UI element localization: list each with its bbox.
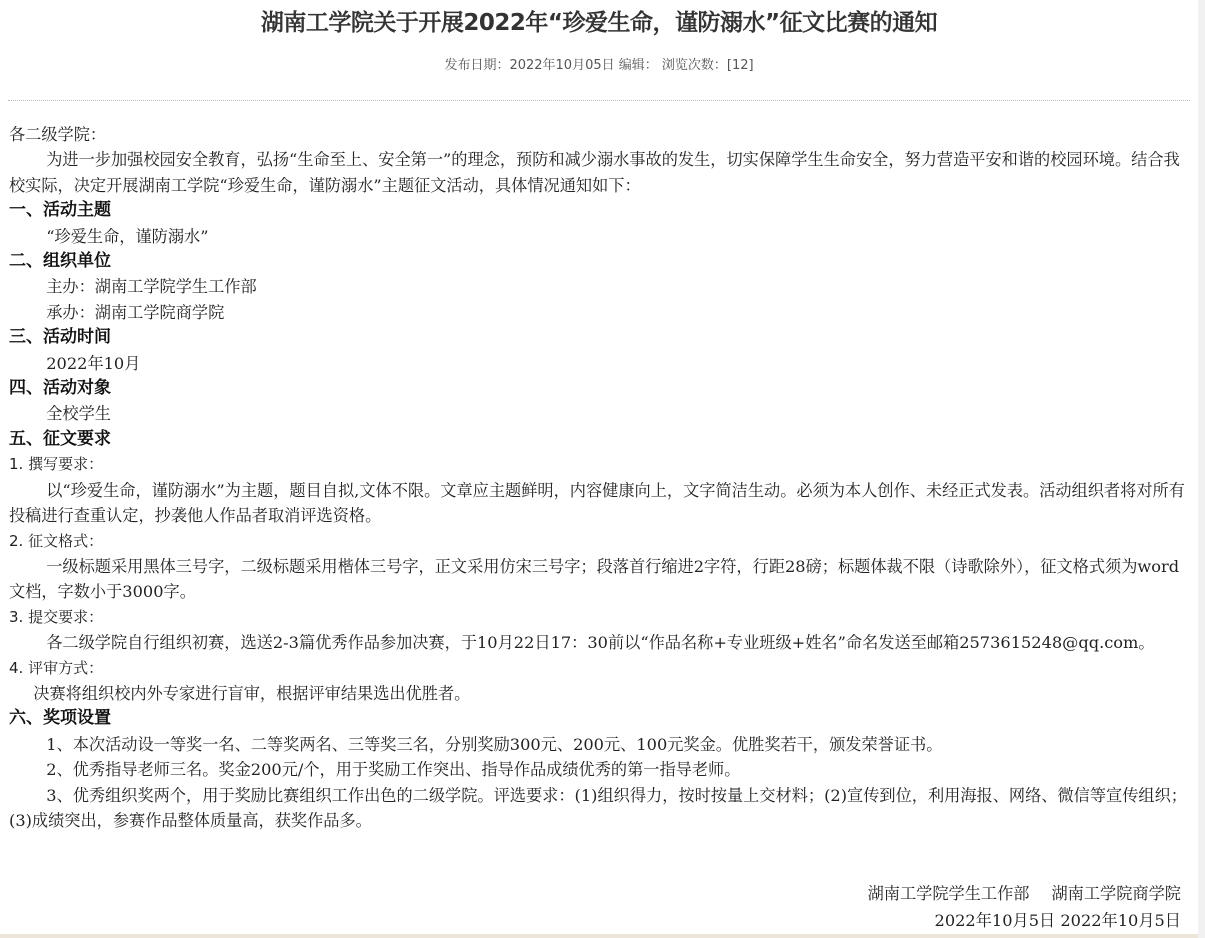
intro-paragraph: 为进一步加强校园安全教育，弘扬“生命至上、安全第一”的理念，预防和减少溺水事故的… [9,147,1189,198]
scrollbar-track[interactable] [1198,0,1205,938]
req-writing-text: 以“珍爱生命，谨防溺水”为主题，题目自拟,文体不限。文章应主题鲜明，内容健康向上… [9,478,1189,529]
article-meta: 发布日期：2022年10月05日 编辑： 浏览次数：[12] [0,54,1198,73]
salutation: 各二级学院： [9,122,1189,147]
award-item-3: 3、优秀组织奖两个，用于奖励比赛组织工作出色的二级学院。评选要求：(1)组织得力… [9,783,1189,834]
time-text: 2022年10月 [9,351,1189,376]
co-host-text: 承办：湖南工学院商学院 [9,300,1189,325]
signature-block: 湖南工学院学生工作部湖南工学院商学院 2022年10月5日 2022年10月5日 [868,880,1181,934]
bottom-edge [0,934,1198,938]
req-submit-label: 3. 提交要求： [9,605,1189,630]
section-heading-theme: 一、活动主题 [9,198,1189,223]
divider [8,100,1190,101]
award-item-2: 2、优秀指导老师三名。奖金200元/个，用于奖励工作突出、指导作品成绩优秀的第一… [9,757,1189,782]
req-format-label: 2. 征文格式： [9,529,1189,554]
req-writing-label: 1. 撰写要求： [9,452,1189,477]
signature-date-2: 2022年10月5日 [1060,911,1181,930]
req-format-text: 一级标题采用黑体三号字，二级标题采用楷体三号字，正文采用仿宋三号字；段落首行缩进… [9,554,1189,605]
req-review-text: 决赛将组织校内外专家进行盲审，根据评审结果选出优胜者。 [9,681,1189,706]
article-page: 湖南工学院关于开展2022年“珍爱生命，谨防溺水”征文比赛的通知 发布日期：20… [0,0,1198,934]
article-body: 各二级学院： 为进一步加强校园安全教育，弘扬“生命至上、安全第一”的理念，预防和… [9,122,1189,833]
award-item-1: 1、本次活动设一等奖一名、二等奖两名、三等奖三名，分别奖励300元、200元、1… [9,732,1189,757]
section-heading-time: 三、活动时间 [9,325,1189,350]
audience-text: 全校学生 [9,401,1189,426]
signature-date-1: 2022年10月5日 [935,911,1056,930]
req-review-label: 4. 评审方式： [9,656,1189,681]
section-heading-requirements: 五、征文要求 [9,427,1189,452]
signature-org-2: 湖南工学院商学院 [1052,884,1182,903]
section-heading-awards: 六、奖项设置 [9,706,1189,731]
theme-text: “珍爱生命，谨防溺水” [9,224,1189,249]
signature-org-1: 湖南工学院学生工作部 [868,884,1030,903]
req-submit-text: 各二级学院自行组织初赛，选送2-3篇优秀作品参加决赛，于10月22日17：30前… [9,630,1189,655]
host-text: 主办：湖南工学院学生工作部 [9,274,1189,299]
section-heading-audience: 四、活动对象 [9,376,1189,401]
article-title: 湖南工学院关于开展2022年“珍爱生命，谨防溺水”征文比赛的通知 [0,4,1198,37]
section-heading-organizers: 二、组织单位 [9,249,1189,274]
